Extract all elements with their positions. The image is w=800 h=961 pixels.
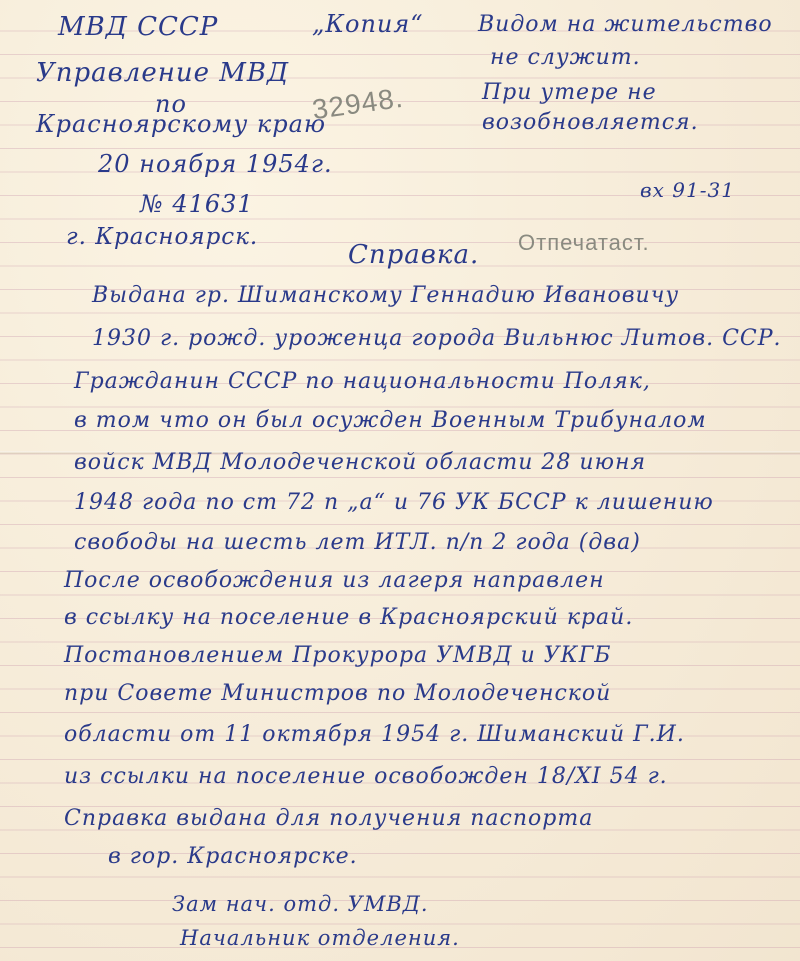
body-line: После освобождения из лагеря направлен <box>64 568 605 593</box>
header-date: 20 ноября 1954г. <box>98 150 333 178</box>
body-line: Постановлением Прокурора УМВД и УКГБ <box>64 643 611 668</box>
body-line: Гражданин СССР по национальности Поляк, <box>74 369 651 394</box>
body-line: Справка выдана для получения паспорта <box>64 806 593 831</box>
body-line: 1948 года по ст 72 п „а“ и 76 УК БССР к … <box>74 490 714 515</box>
document-sheet: МВД СССР Управление МВД по Красноярскому… <box>0 0 800 961</box>
body-line: 1930 г. рожд. уроженца города Вильнюс Ли… <box>92 326 782 351</box>
header-region: Красноярскому краю <box>36 110 326 138</box>
body-line: из ссылки на поселение освобожден 18/XI … <box>64 764 668 789</box>
body-line: в гор. Красноярске. <box>108 844 358 869</box>
header-ministry: МВД СССР <box>58 12 218 42</box>
header-number: № 41631 <box>140 190 254 218</box>
header-directorate: Управление МВД <box>36 58 289 88</box>
signature-title-1: Зам нач. отд. УМВД. <box>172 892 429 916</box>
body-line: при Совете Министров по Молодеченской <box>64 681 611 706</box>
body-line: Выдана гр. Шиманскому Геннадию Ивановичу <box>92 283 679 308</box>
document-title: Справка. <box>348 240 479 270</box>
body-line: области от 11 октября 1954 г. Шиманский … <box>64 722 685 747</box>
note-line-1: Видом на жительство <box>478 12 773 37</box>
header-city: г. Красноярск. <box>66 224 258 250</box>
note-line-4: возобновляется. <box>482 110 699 135</box>
note-line-3: При утере не <box>482 80 657 105</box>
body-line: в ссылку на поселение в Красноярский кра… <box>64 605 633 630</box>
body-line: свободы на шесть лет ИТЛ. п/п 2 года (дв… <box>74 530 641 555</box>
body-line: в том что он был осужден Военным Трибуна… <box>74 408 707 433</box>
pencil-number: 32948. <box>310 82 405 126</box>
copy-mark: „Копия“ <box>312 10 424 38</box>
signature-title-2: Начальник отделения. <box>180 926 460 950</box>
body-line: войск МВД Молодеченской области 28 июня <box>74 450 646 475</box>
note-line-2: не служит. <box>490 45 641 70</box>
incoming-mark: вх 91-31 <box>640 178 735 202</box>
pencil-note: Отпечатаст. <box>518 230 650 256</box>
